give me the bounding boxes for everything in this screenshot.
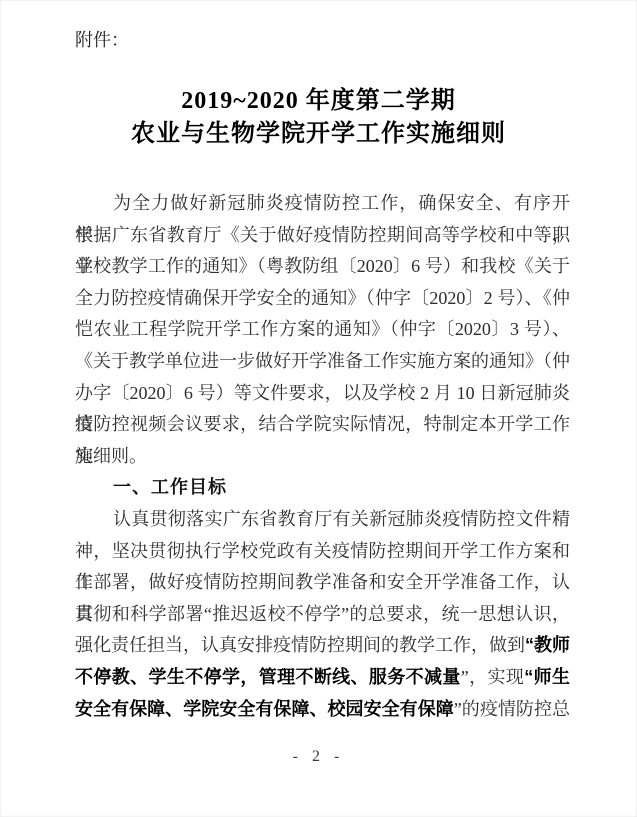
document-title-line1: 2019~2020 年度第二学期 <box>0 85 637 118</box>
text-line: 强化责任担当，认真安排疫情防控期间的教学工作，做到“教师 <box>75 630 570 662</box>
text-line: 为全力做好新冠肺炎疫情防控工作，确保安全、有序开学， <box>75 188 570 220</box>
text-line: 贯彻和科学部署“推迟返校不停学”的总要求，统一思想认识， <box>75 599 570 631</box>
text-line: 学校教学工作的通知》（粤教防组〔2020〕6 号）和我校《关于 <box>75 251 570 283</box>
body-text: 施细则。 <box>75 446 147 466</box>
text-line: 不停教、学生不停学，管理不断线、服务不减量”，实现“师生 <box>75 662 570 694</box>
document-title-line2: 农业与生物学院开学工作实施细则 <box>0 118 637 151</box>
text-line: 情防控视频会议要求，结合学院实际情况，特制定本开学工作实 <box>75 409 570 441</box>
text-line: 作部署，做好疫情防控期间教学准备和安全开学准备工作，认真 <box>75 567 570 599</box>
text-line: 《关于教学单位进一步做好开学准备工作实施方案的通知》（仲 <box>75 346 570 378</box>
attachment-label: 附件： <box>75 28 129 52</box>
text-line: 神，坚决贯彻执行学校党政有关疫情防控期间开学工作方案和工 <box>75 536 570 568</box>
body-text: 恺农业工程学院开学工作方案的通知》（仲字〔2020〕3 号）、 <box>75 319 570 339</box>
body-text: 学校教学工作的通知》（粤教防组〔2020〕6 号）和我校《关于 <box>75 256 570 276</box>
text-line: 全力防控疫情确保开学安全的通知》（仲字〔2020〕2 号）、《仲 <box>75 283 570 315</box>
emphasized-text: “师生 <box>524 667 570 687</box>
body-text: 认真贯彻落实广东省教育厅有关新冠肺炎疫情防控文件精 <box>113 509 570 529</box>
document-page: 附件： 2019~2020 年度第二学期 农业与生物学院开学工作实施细则 为全力… <box>0 0 637 817</box>
document-title: 2019~2020 年度第二学期 农业与生物学院开学工作实施细则 <box>0 85 637 151</box>
body-text: ”的疫情防控总 <box>454 699 570 719</box>
document-body: 为全力做好新冠肺炎疫情防控工作，确保安全、有序开学，根据广东省教育厅《关于做好疫… <box>75 188 570 725</box>
text-line: 安全有保障、学院安全有保障、校园安全有保障”的疫情防控总 <box>75 694 570 726</box>
text-line: 恺农业工程学院开学工作方案的通知》（仲字〔2020〕3 号）、 <box>75 314 570 346</box>
body-text: 贯彻和科学部署“推迟返校不停学”的总要求，统一思想认识， <box>75 604 570 624</box>
page-number: - 2 - <box>0 748 637 766</box>
body-text: ”，实现 <box>461 667 524 687</box>
emphasized-text: 安全有保障、学院安全有保障、校园安全有保障 <box>75 699 454 719</box>
emphasized-text: 不停教、学生不停学，管理不断线、服务不减量 <box>75 667 461 687</box>
body-text: 全力防控疫情确保开学安全的通知》（仲字〔2020〕2 号）、《仲 <box>75 288 570 308</box>
text-line: 办字〔2020〕6 号）等文件要求，以及学校 2 月 10 日新冠肺炎疫 <box>75 378 570 410</box>
body-text: 强化责任担当，认真安排疫情防控期间的教学工作，做到 <box>75 635 525 655</box>
text-line: 施细则。 <box>75 441 570 473</box>
section-heading: 一、工作目标 <box>75 472 570 504</box>
emphasized-text: “教师 <box>525 635 570 655</box>
text-line: 认真贯彻落实广东省教育厅有关新冠肺炎疫情防控文件精 <box>75 504 570 536</box>
body-text: 《关于教学单位进一步做好开学准备工作实施方案的通知》（仲 <box>75 351 570 371</box>
text-line: 根据广东省教育厅《关于做好疫情防控期间高等学校和中等职业 <box>75 220 570 252</box>
